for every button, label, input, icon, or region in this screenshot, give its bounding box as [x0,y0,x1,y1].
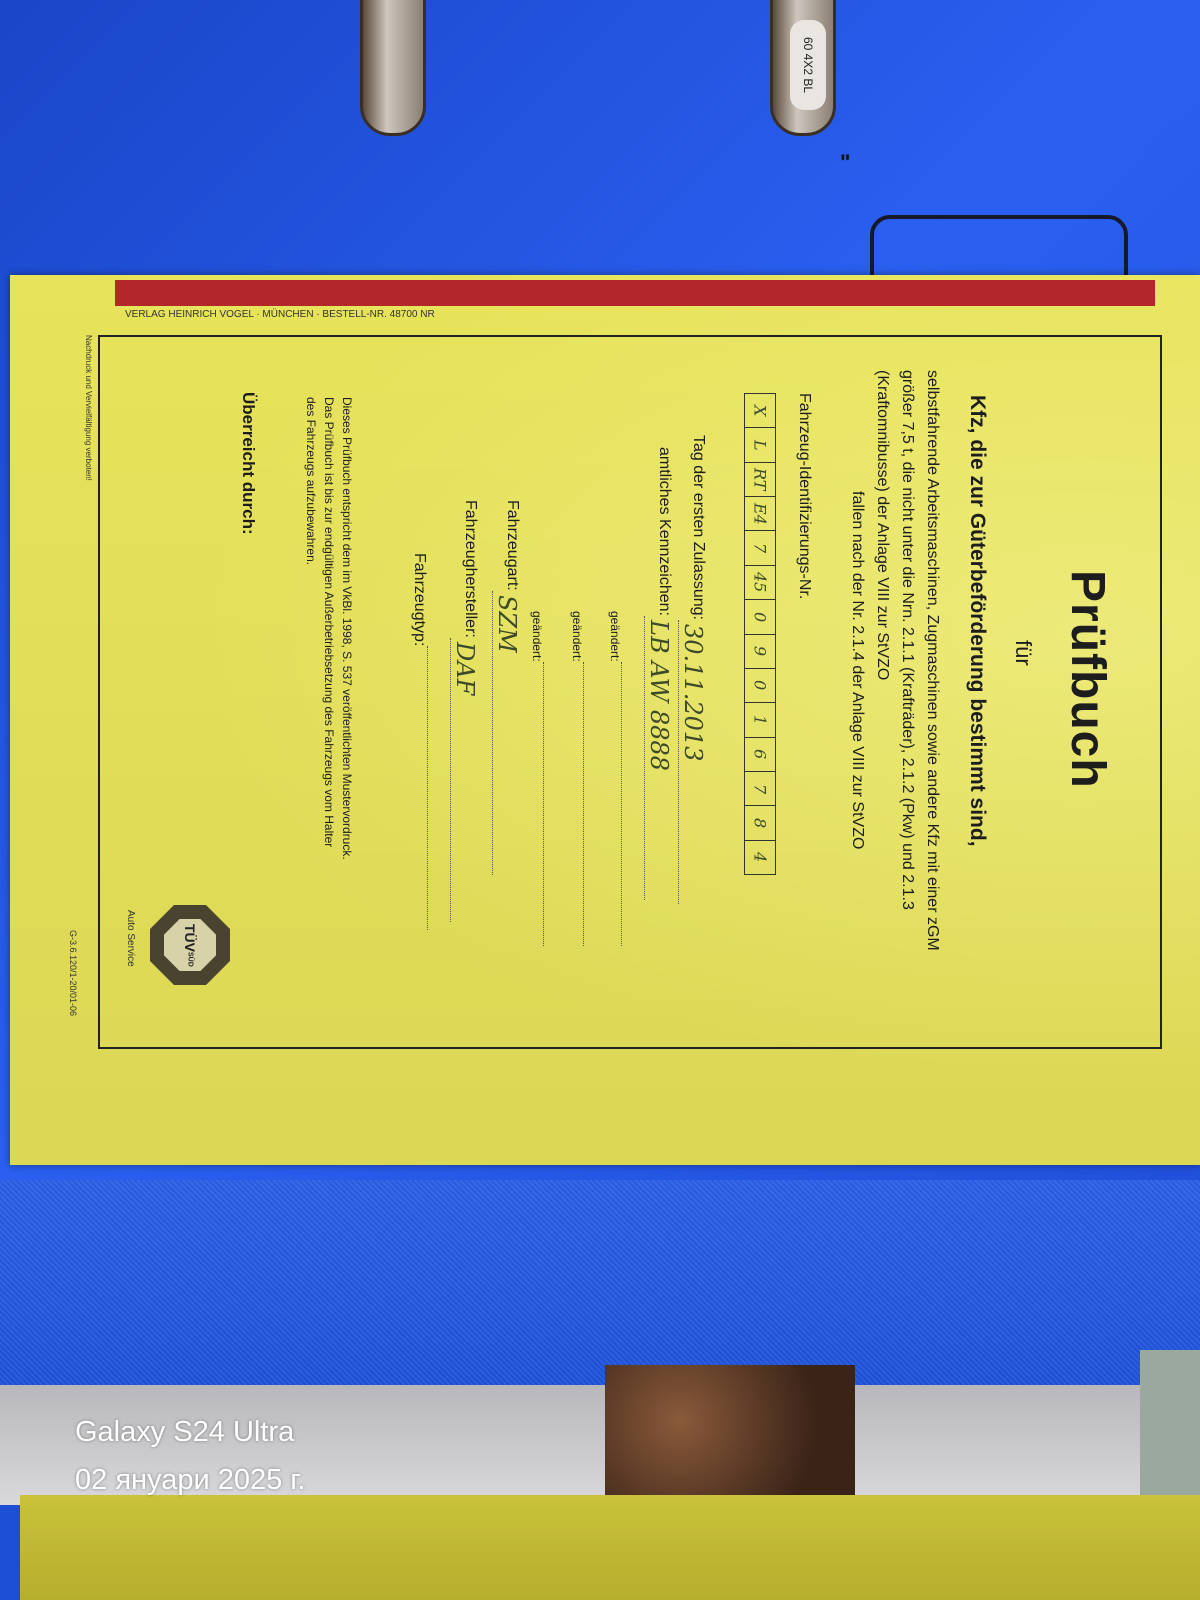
tuv-caption: Auto Service [125,910,136,967]
vin-grid: XLRTE474509016784 [744,393,776,875]
vin-cell: L [745,428,775,462]
vin-cell: E4 [745,497,775,531]
document-subtitle: Kfz, die zur Güterbeförderung bestimmt s… [965,395,989,847]
pruefbuch-cover: VERLAG HEINRICH VOGEL · MÜNCHEN · BESTEL… [10,275,1200,1165]
photo-cover [605,1365,855,1505]
field-vehicle-type: Fahrzeugtyp: [410,553,428,930]
field-vehicle-kind: Fahrzeugart: SZM [492,500,521,875]
tuv-sued-logo: TÜV SÜD [150,905,230,985]
yellow-booklet-below [20,1495,1200,1600]
handed-over-label: Überreicht durch: [238,392,258,535]
publisher-line: VERLAG HEINRICH VOGEL · MÜNCHEN · BESTEL… [125,309,435,320]
plate-value: LB AW 8888 [644,616,673,900]
red-header-bar [115,280,1155,306]
vin-label: Fahrzeug-Identifizierungs-Nr. [795,393,813,599]
vin-cell: 4 [745,841,775,874]
field-plate: amtliches Kennzeichen: LB AW 8888 [644,447,673,900]
vin-cell: 1 [745,703,775,737]
vehicle-kind-value: SZM [492,591,521,875]
vin-cell: X [745,394,775,428]
form-number: G-3.6.120/1-20/01-06 [68,930,78,1016]
field-changed-2: geändert: [570,611,584,946]
reprint-notice: Nachdruck und Vervielfältigung verboten! [84,335,93,481]
vin-cell: 7 [745,531,775,565]
vin-cell: 0 [745,600,775,634]
vin-cell: 9 [745,635,775,669]
binder-ring-label: 60 4X2 BL [790,20,826,110]
document-for: für [1010,640,1036,666]
field-changed-3: geändert: [530,611,544,946]
watermark-date: 02 януари 2025 г. [75,1456,305,1504]
camera-watermark: Galaxy S24 Ultra 02 януари 2025 г. [75,1408,305,1504]
vin-cell: RT [745,463,775,497]
document-description: selbstfahrende Arbeitsmaschinen, Zugmasc… [845,370,945,970]
vin-cell: 6 [745,738,775,772]
manufacturer-value: DAF [450,638,479,922]
watermark-device: Galaxy S24 Ultra [75,1408,305,1456]
vin-cell: 8 [745,806,775,840]
vin-cell: 45 [745,566,775,600]
pen-mark: " [840,150,850,176]
document-title: Prüfbuch [1060,570,1115,789]
legal-notice: Dieses Prüfbuch entspricht dem im VkBl. … [302,397,356,860]
vin-cell: 7 [745,772,775,806]
field-manufacturer: Fahrzeughersteller: DAF [450,500,479,922]
binder-ring-left [360,0,426,136]
field-first-registration: Tag der ersten Zulassung: 30.11.2013 [678,435,707,904]
field-changed-1: geändert: [608,611,622,946]
book-spine [1140,1350,1200,1500]
vin-cell: 0 [745,669,775,703]
first-registration-value: 30.11.2013 [678,620,707,904]
